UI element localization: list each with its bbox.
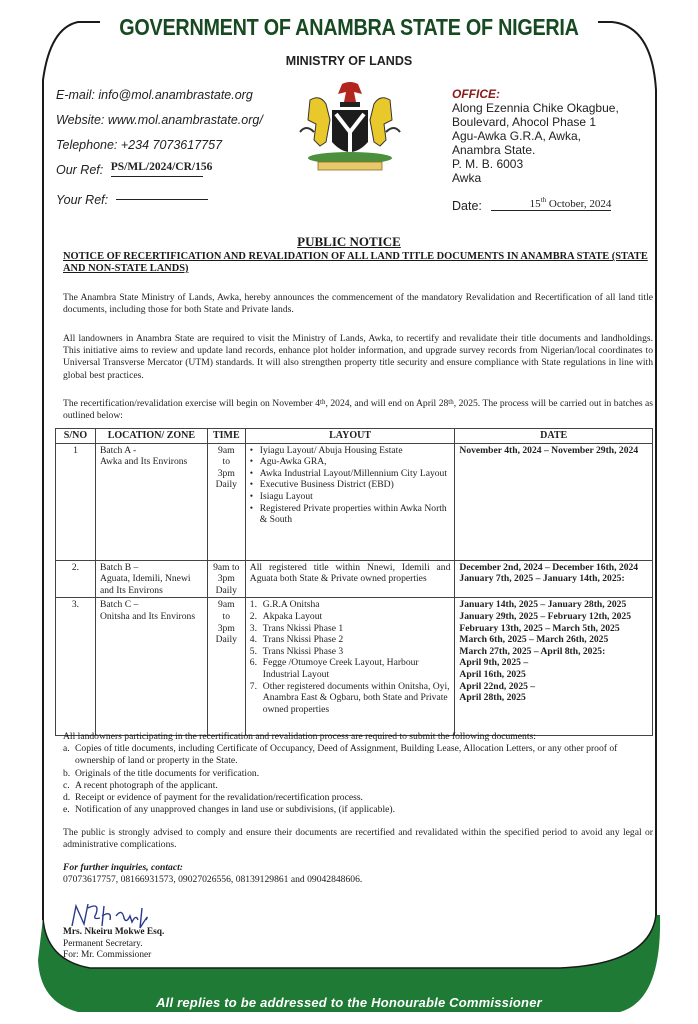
documents-intro: All landowners participating in the rece… <box>63 731 653 743</box>
row-time: 9am to3pmDaily <box>207 560 245 598</box>
our-ref-value: PS/ML/2024/CR/156 <box>111 161 203 177</box>
date-value: 15th October, 2024 <box>491 198 611 211</box>
layout-item: Isiagu Layout <box>250 491 451 503</box>
layout-item: Executive Business District (EBD) <box>250 479 451 491</box>
email-line: E-mail: info@mol.anambrastate.org <box>56 88 263 113</box>
signatory-title: Permanent Secretary. <box>63 939 164 951</box>
office-line: Agu-Awka G.R.A, Awka, <box>452 129 619 143</box>
layout-item: 1.G.R.A Onitsha <box>250 599 451 611</box>
nigeria-coat-of-arms-icon <box>290 80 410 180</box>
header-date: DATE <box>455 429 653 444</box>
ministry-name: MINISTRY OF LANDS <box>0 54 698 68</box>
inquiry-label: For further inquiries, contact: <box>63 862 183 873</box>
intro-paragraph: The Anambra State Ministry of Lands, Awk… <box>63 292 653 316</box>
signatory-name: Mrs. Nkeiru Mokwe Esq. <box>63 927 164 939</box>
document-item: b.Originals of the title documents for v… <box>63 768 653 780</box>
advice-paragraph: The public is strongly advised to comply… <box>63 827 653 851</box>
layout-item: Awka Industrial Layout/Millennium City L… <box>250 468 451 480</box>
layout-item: 7.Other registered documents within Onit… <box>250 681 451 716</box>
office-line: Boulevard, Ahocol Phase 1 <box>452 115 619 129</box>
footer-note: All replies to be addressed to the Honou… <box>0 995 698 1010</box>
contact-block: E-mail: info@mol.anambrastate.org Websit… <box>56 88 263 213</box>
website-line: Website: www.mol.anambrastate.org/ <box>56 113 263 138</box>
row-time: 9amto3pmDaily <box>207 443 245 560</box>
row-location: Batch B –Aguata, Idemili, Nnewi and Its … <box>95 560 207 598</box>
layout-item: Agu-Awka GRA, <box>250 456 451 468</box>
row-layouts: Iyiagu Layout/ Abuja Housing Estate Agu-… <box>245 443 455 560</box>
signatory-block: Mrs. Nkeiru Mokwe Esq. Permanent Secreta… <box>63 927 164 962</box>
batch-schedule-table: S/NO LOCATION/ ZONE TIME LAYOUT DATE 1 B… <box>55 428 653 736</box>
table-row: 1 Batch A -Awka and Its Environs 9amto3p… <box>56 443 653 560</box>
table-header-row: S/NO LOCATION/ ZONE TIME LAYOUT DATE <box>56 429 653 444</box>
row-location: Batch C –Onitsha and Its Environs <box>95 598 207 736</box>
requirement-paragraph: All landowners in Anambra State are requ… <box>63 333 653 382</box>
layout-item: 5.Trans Nkissi Phase 3 <box>250 646 451 658</box>
document-item: d.Receipt or evidence of payment for the… <box>63 792 653 804</box>
table-row: 3. Batch C –Onitsha and Its Environs 9am… <box>56 598 653 736</box>
your-ref-line: Your Ref: <box>56 188 263 213</box>
header-layout: LAYOUT <box>245 429 455 444</box>
office-address: OFFICE: Along Ezennia Chike Okagbue, Bou… <box>452 87 619 185</box>
notice-title: PUBLIC NOTICE <box>0 234 698 250</box>
document-item: a.Copies of title documents, including C… <box>63 743 653 768</box>
row-sno: 3. <box>56 598 96 736</box>
layout-item: Iyiagu Layout/ Abuja Housing Estate <box>250 445 451 457</box>
date-line: Date: 15th October, 2024 <box>452 199 611 214</box>
layout-item: 4.Trans Nkissi Phase 2 <box>250 634 451 646</box>
documents-list: a.Copies of title documents, including C… <box>63 743 653 817</box>
office-line: P. M. B. 6003 <box>452 157 619 171</box>
header-time: TIME <box>207 429 245 444</box>
office-line: Along Ezennia Chike Okagbue, <box>452 101 619 115</box>
row-dates: December 2nd, 2024 – December 16th, 2024… <box>455 560 653 598</box>
document-item: c.A recent photograph of the applicant. <box>63 780 653 792</box>
row-sno: 1 <box>56 443 96 560</box>
layout-item: 6.Fegge /Otumoye Creek Layout, Harbour I… <box>250 657 451 680</box>
document-item: e.Notification of any unapproved changes… <box>63 804 653 816</box>
row-location: Batch A -Awka and Its Environs <box>95 443 207 560</box>
your-ref-label: Your Ref: <box>56 193 108 207</box>
office-line: Anambra State. <box>452 143 619 157</box>
handwritten-signature-icon <box>66 898 176 930</box>
telephone-line: Telephone: +234 7073617757 <box>56 138 263 163</box>
signatory-for: For: Mr. Commissioner <box>63 950 164 962</box>
row-dates: January 14th, 2025 – January 28th, 2025J… <box>455 598 653 736</box>
table-row: 2. Batch B –Aguata, Idemili, Nnewi and I… <box>56 560 653 598</box>
your-ref-value <box>116 184 208 200</box>
inquiry-phones: 07073617757, 08166931573, 09027026556, 0… <box>63 874 362 885</box>
layout-item: Registered Private properties within Awk… <box>250 503 451 526</box>
header-sno: S/NO <box>56 429 96 444</box>
notice-subject: NOTICE OF RECERTIFICATION AND REVALIDATI… <box>63 251 653 275</box>
row-layouts: All registered title within Nnewi, Idemi… <box>245 560 455 598</box>
government-title: GOVERNMENT OF ANAMBRA STATE OF NIGERIA <box>49 14 649 41</box>
office-line: Awka <box>452 171 619 185</box>
layout-item: 2.Akpaka Layout <box>250 611 451 623</box>
our-ref-label: Our Ref: <box>56 163 103 177</box>
header-location: LOCATION/ ZONE <box>95 429 207 444</box>
office-label: OFFICE: <box>452 87 619 101</box>
date-label: Date: <box>452 199 482 213</box>
row-dates: November 4th, 2024 – November 29th, 2024 <box>455 443 653 560</box>
row-layouts: 1.G.R.A Onitsha 2.Akpaka Layout 3.Trans … <box>245 598 455 736</box>
row-time: 9amto3pmDaily <box>207 598 245 736</box>
schedule-paragraph: The recertification/revalidation exercis… <box>63 398 653 422</box>
layout-item: 3.Trans Nkissi Phase 1 <box>250 623 451 635</box>
row-sno: 2. <box>56 560 96 598</box>
